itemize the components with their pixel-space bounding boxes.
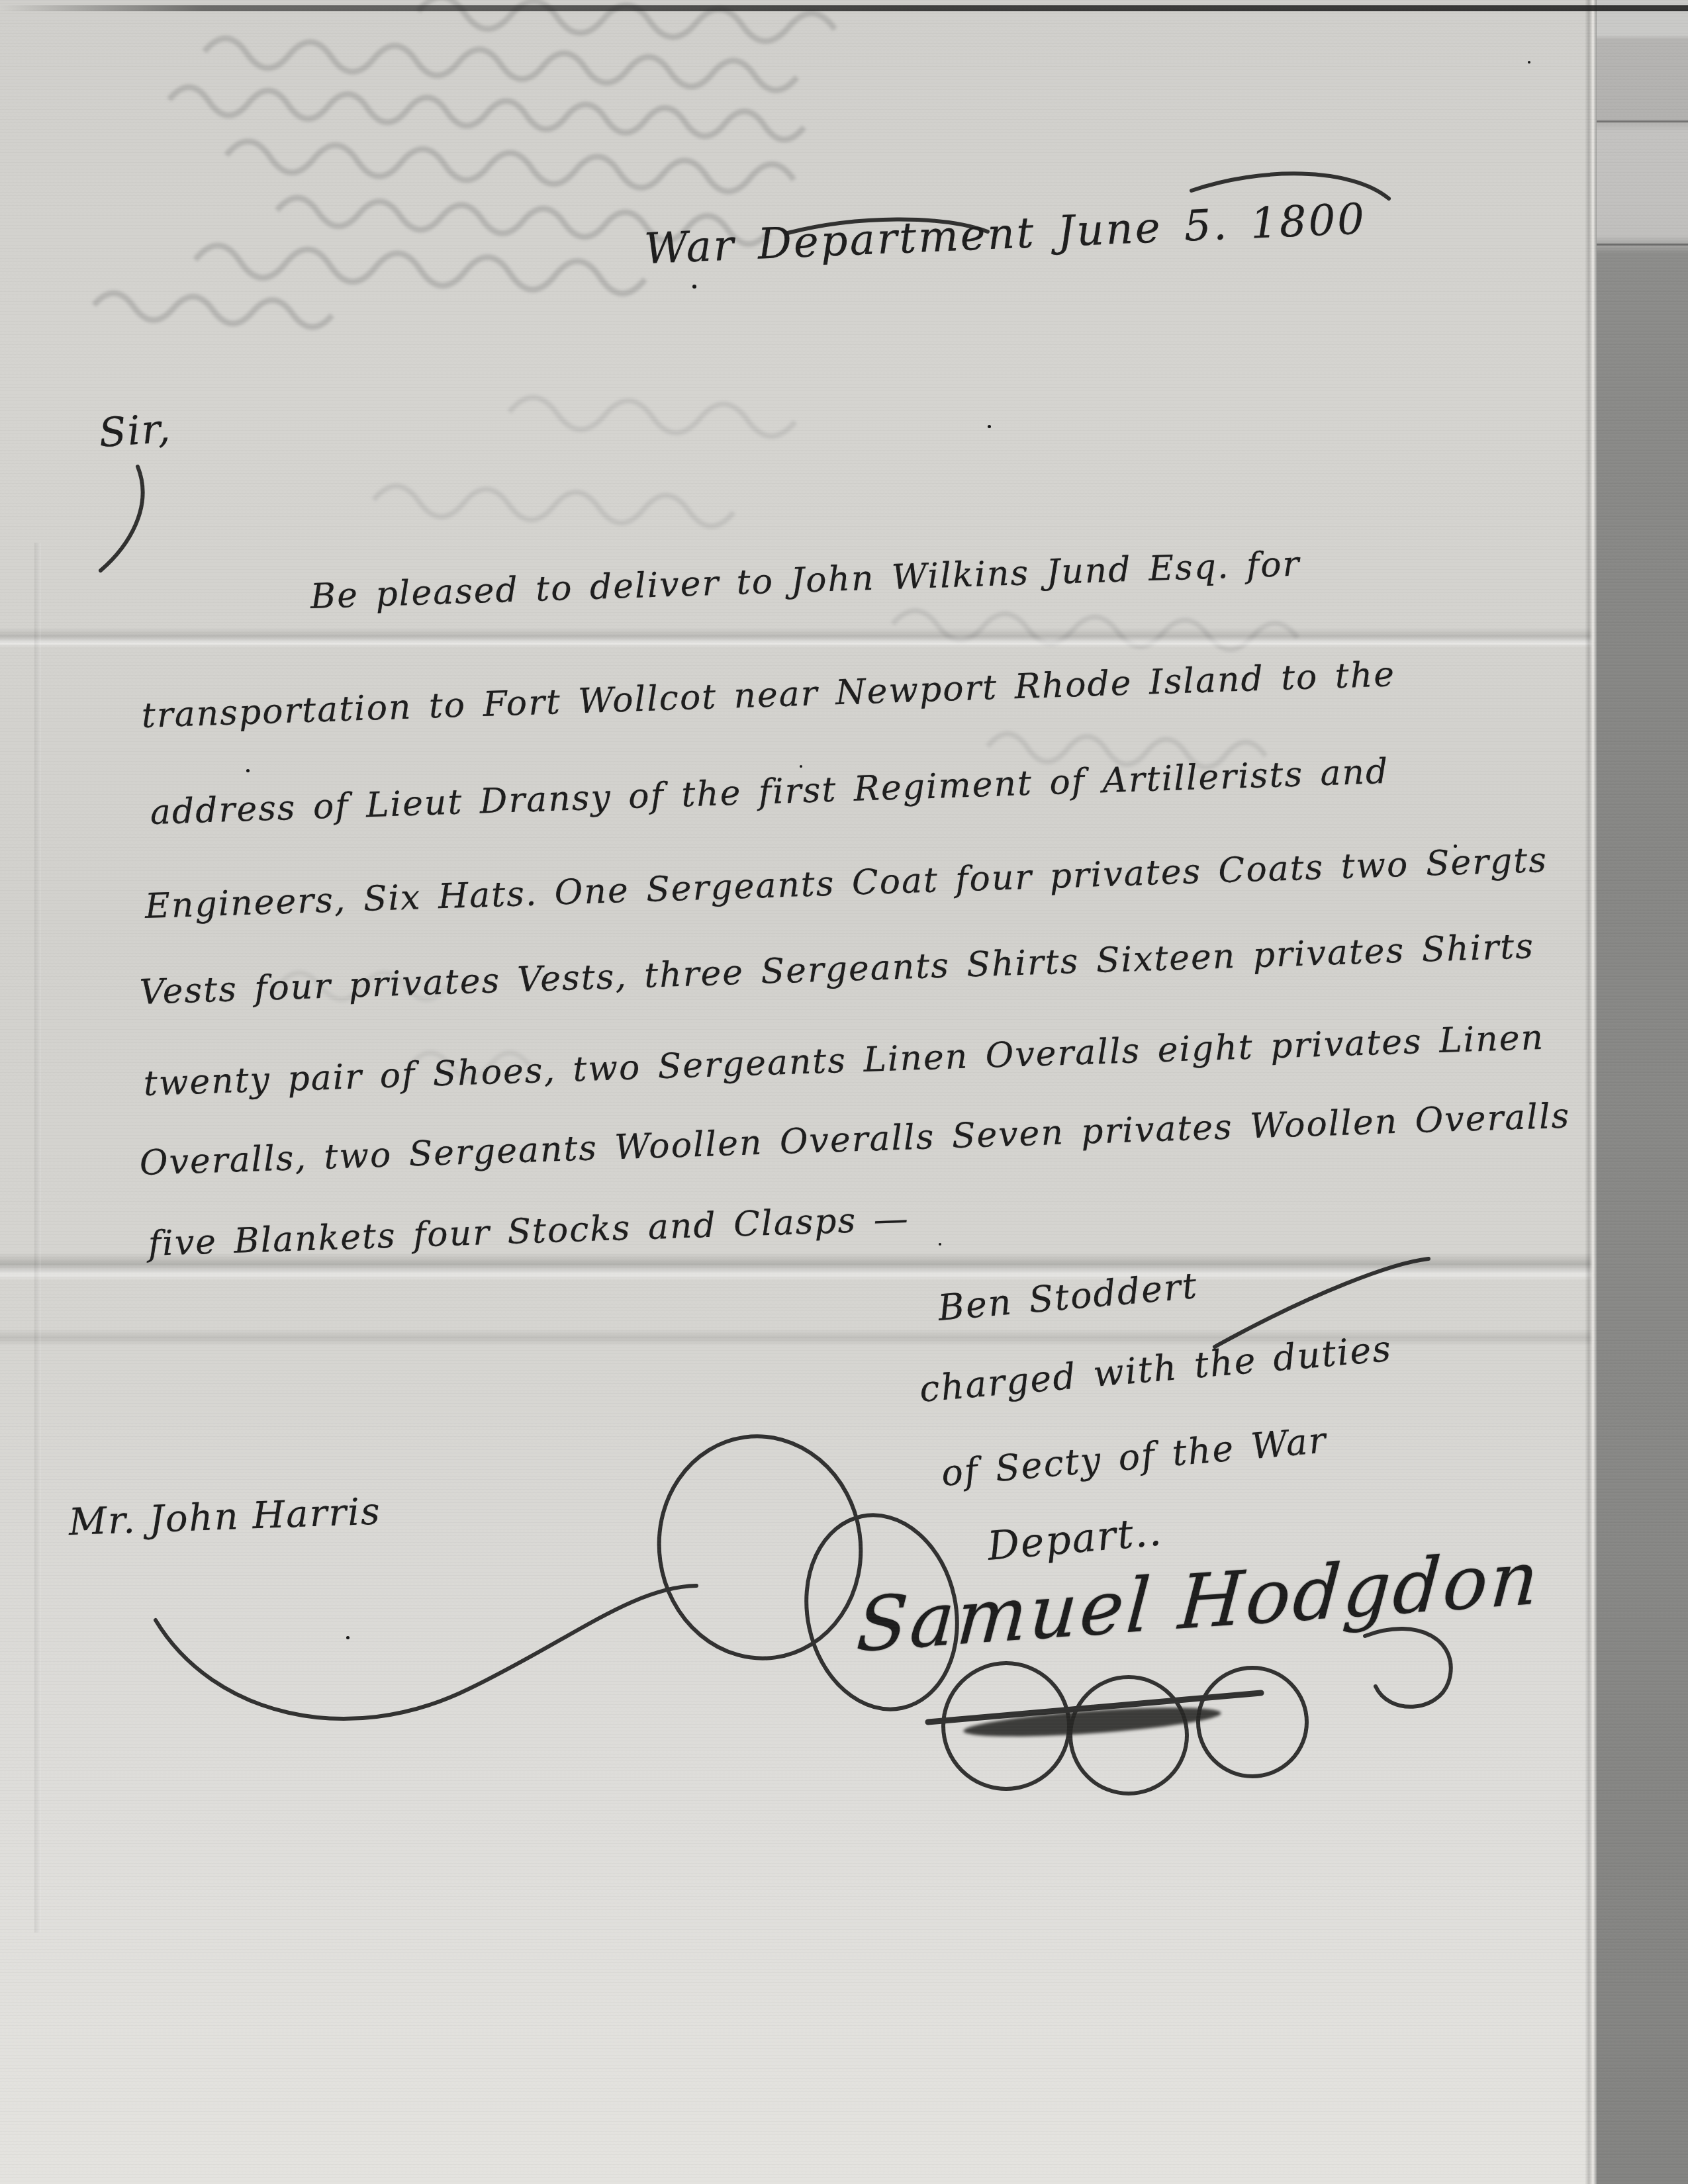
paper-top-edge <box>0 5 1688 11</box>
paper-right-edge <box>1585 0 1597 2184</box>
ink-speck <box>692 285 696 289</box>
ink-speck <box>939 1243 941 1246</box>
ink-speck <box>246 769 250 772</box>
scanner-gutter-line <box>1597 120 1688 122</box>
signature-flourish <box>0 0 1688 2184</box>
scanned-letter-page: War Department June 5. 1800 Sir, Be plea… <box>0 0 1688 2184</box>
ink-speck <box>988 425 991 428</box>
ink-speck <box>1528 61 1530 64</box>
ink-speck <box>346 1636 350 1639</box>
scanner-gutter <box>1597 0 1688 2184</box>
ink-speck <box>1454 844 1457 848</box>
ink-speck <box>800 765 802 768</box>
scanner-gutter-line <box>1597 244 1688 246</box>
